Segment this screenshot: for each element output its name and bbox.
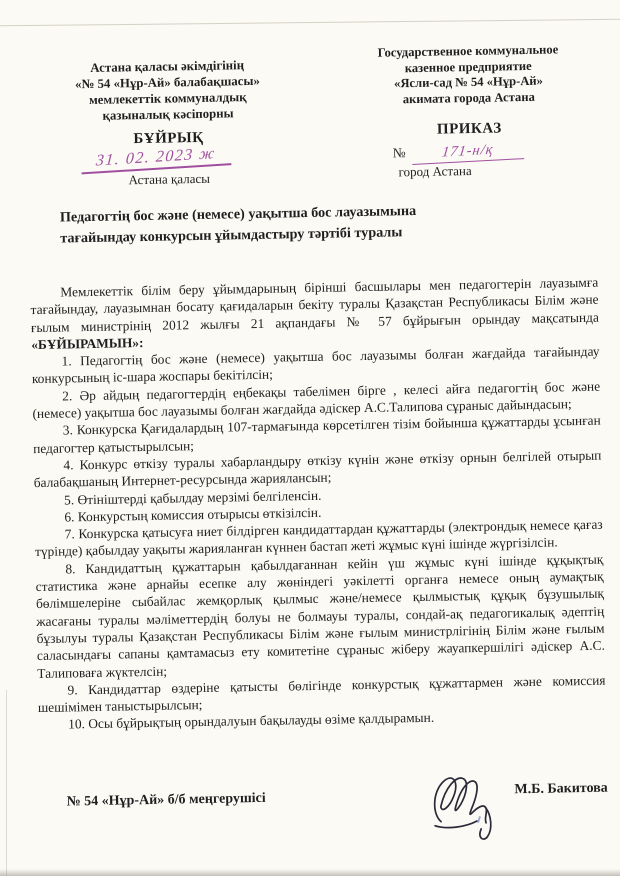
intro-paragraph: Мемлекеттік білім беру ұйымдарының бірін…: [30, 274, 599, 354]
order-body: Мемлекеттік білім беру ұйымдарының бірін…: [30, 274, 606, 734]
order-subject-title: Педагогтің бос және (немесе) уақытша бос…: [60, 200, 453, 248]
intro-text: Мемлекеттік білім беру ұйымдарының бірін…: [30, 275, 598, 335]
signature-block: № 54 «Нұр-Ай» б/б меңгерушісі М.Б. Бакит…: [66, 775, 602, 785]
org-name-kazakh: Астана қаласы әкімдігінің «№ 54 «Нұр-Ай»…: [35, 56, 300, 125]
order-verb-emphasis: «БҰЙЫРАМЫН»:: [31, 335, 144, 352]
scanned-order-document: Астана қаласы әкімдігінің «№ 54 «Нұр-Ай»…: [0, 0, 620, 876]
order-heading-russian: ПРИКАЗ: [336, 119, 602, 141]
order-heading-kazakh: БҰЙРЫҚ: [36, 128, 300, 150]
handwritten-number: 171-н/қ: [441, 142, 495, 162]
issue-place-kazakh: Астана қаласы: [37, 169, 301, 190]
org-name-russian: Государственное коммунальное казенное пр…: [335, 42, 602, 109]
signatory-role: № 54 «Нұр-Ай» б/б меңгерушісі: [66, 791, 265, 811]
signatory-name: М.Б. Бакитова: [514, 781, 608, 799]
issue-place-russian: город Астана: [337, 162, 533, 182]
order-number-label: №: [393, 145, 406, 160]
signature-scribble-icon: [426, 754, 512, 848]
org-line: қазыналық кәсіпорны: [36, 104, 300, 125]
handwritten-date: 31. 02. 2023 ж: [95, 145, 216, 171]
scan-paper-edge-bottom: [0, 869, 620, 876]
order-item-8: 8. Кандидаттың құжаттарын қабылдағаннан …: [35, 550, 605, 681]
order-number-line: №171-н/қ: [393, 143, 524, 163]
